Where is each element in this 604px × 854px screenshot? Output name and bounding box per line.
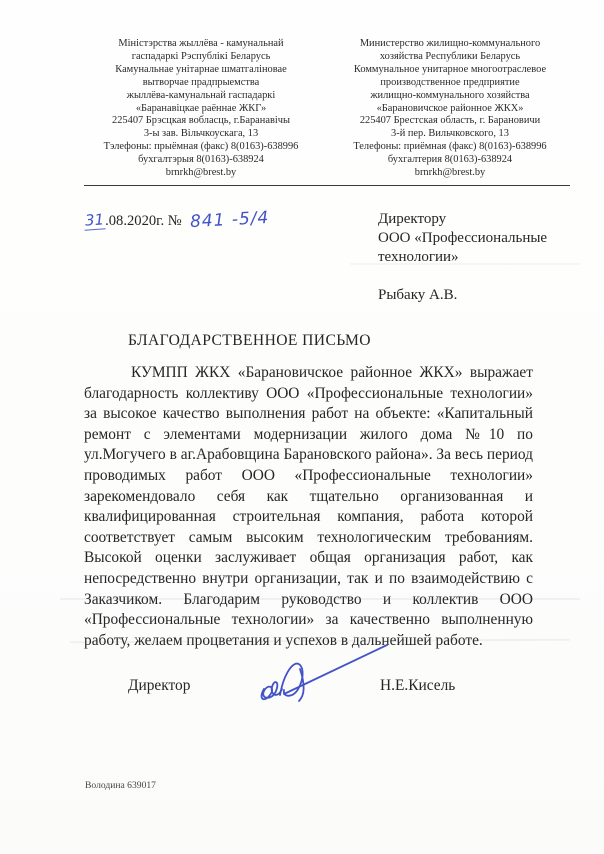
addressee-role: Директору: [378, 210, 570, 229]
signer-role: Директор: [128, 677, 190, 695]
letterhead-line: жилищно-коммунального хозяйства: [330, 90, 570, 103]
letterhead-line: 3-й пер. Вильчковского, 13: [330, 128, 570, 141]
letterhead-line: Камунальнае унітарнае шматгаліновае: [84, 64, 318, 77]
handwritten-day: 31: [83, 210, 105, 230]
reference-line: 31.08.2020г. №841 -5/4: [84, 210, 378, 305]
letterhead-email: brnrkh@brest.by: [84, 167, 318, 180]
scan-artifact: [350, 263, 580, 265]
letterhead-belarusian: Міністэрства жыллёва - камунальнай гаспа…: [84, 38, 318, 180]
addressee-name: Рыбаку А.В.: [378, 286, 570, 305]
letterhead-line: бухгалтерия 8(0163)-638924: [330, 154, 570, 167]
letterhead-line: хозяйства Республики Беларусь: [330, 51, 570, 64]
letterhead-line: 225407 Брестская область, г. Барановичи: [330, 115, 570, 128]
handwritten-number: 841 -5/4: [189, 208, 269, 232]
letterhead-line: Телефоны: приёмная (факс) 8(0163)-638996: [330, 141, 570, 154]
printed-date: .08.2020г. №: [105, 213, 182, 229]
letterhead-line: гаспадаркі Рэспублікі Беларусь: [84, 51, 318, 64]
letterhead-line: «Барановичское районное ЖКХ»: [330, 103, 570, 116]
letterhead-line: производственное предприятие: [330, 77, 570, 90]
signer-name: Н.Е.Кисель: [380, 677, 455, 695]
scan-artifact: [60, 598, 580, 600]
letterhead-russian: Министерство жилищно-коммунального хозяй…: [330, 38, 570, 180]
letterhead-line: «Баранавіцкае раённае ЖКГ»: [84, 103, 318, 116]
addressee-block: Директору ООО «Профессиональные технолог…: [378, 210, 570, 305]
letterhead-line: вытворчае прадпрыемства: [84, 77, 318, 90]
letterhead-line: 3-ы зав. Вільчкоускага, 13: [84, 128, 318, 141]
addressee-company: ООО «Профессиональные: [378, 229, 570, 248]
letterhead-line: Министерство жилищно-коммунального: [330, 38, 570, 51]
letterhead-email: brnrkh@brest.by: [330, 167, 570, 180]
letter-body: КУМПП ЖКХ «Барановичское районное ЖКХ» в…: [84, 363, 533, 651]
letterhead-line: 225407 Брэсцкая вобласць, г.Баранавічы: [84, 115, 318, 128]
signature-icon: [254, 637, 394, 709]
letterhead-line: Міністэрства жыллёва - камунальнай: [84, 38, 318, 51]
letterhead-line: бухгалтэрыя 8(0163)-638924: [84, 154, 318, 167]
executor-note: Володина 639017: [85, 780, 156, 791]
letterhead: Міністэрства жыллёва - камунальнай гаспа…: [84, 38, 570, 180]
letter-title: БЛАГОДАРСТВЕННОЕ ПИСЬМО: [128, 332, 570, 350]
letterhead-line: жыллёва-камунальнай гаспадаркі: [84, 90, 318, 103]
letterhead-line: Коммунальное унитарное многоотраслевое: [330, 64, 570, 77]
scanned-letter-page: Міністэрства жыллёва - камунальнай гаспа…: [0, 0, 604, 854]
letter-content: Міністэрства жыллёва - камунальнай гаспа…: [84, 38, 570, 717]
reference-row: 31.08.2020г. №841 -5/4 Директору ООО «Пр…: [84, 210, 570, 305]
letterhead-divider: [84, 185, 570, 186]
letterhead-line: Тэлефоны: прыёмная (факс) 8(0163)-638996: [84, 141, 318, 154]
signature-row: Директор Н.Е.Кисель: [84, 667, 570, 717]
